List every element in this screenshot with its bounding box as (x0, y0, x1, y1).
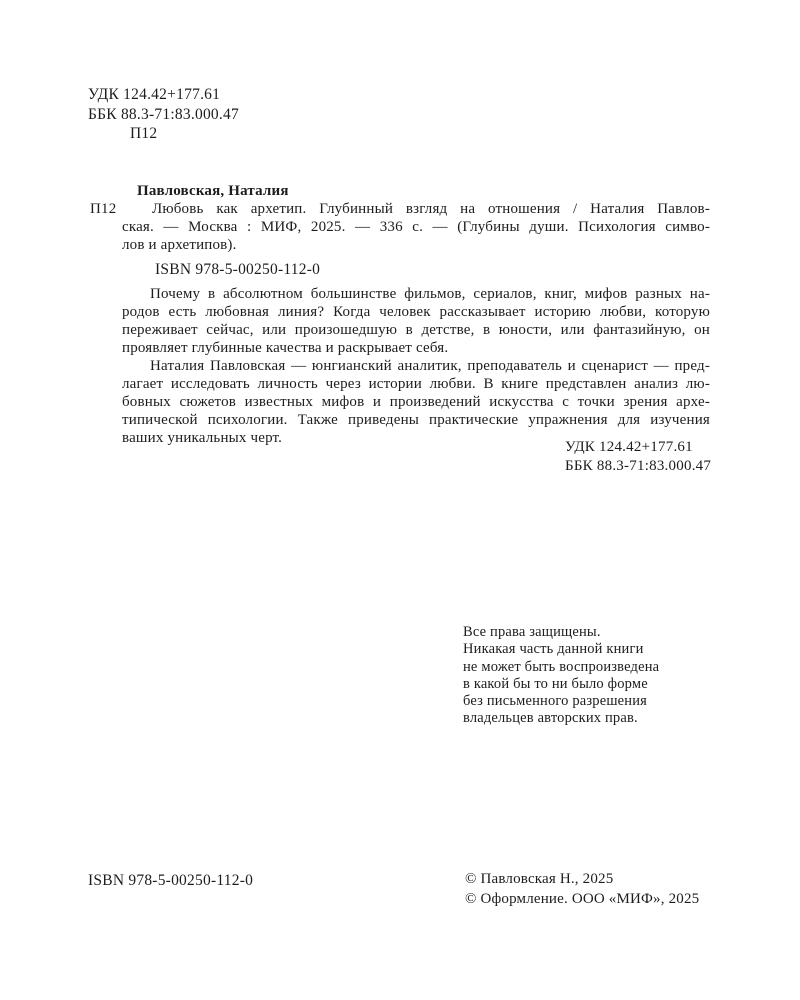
rights-line: Никакая часть данной книги (463, 641, 659, 658)
bbk-code: ББК 88.3-71:83.000.47 (88, 105, 239, 125)
annotation-line: родов есть любовная линия? Когда человек… (122, 303, 710, 321)
rights-line: не может быть воспроизведена (463, 659, 659, 676)
rights-line: Все права защищены. (463, 624, 659, 641)
bib-author-heading: Павловская, Наталия (137, 182, 710, 200)
bibliographic-entry: Павловская, Наталия П12Любовь как архети… (122, 182, 710, 254)
annotation-line: переживает сейчас, или произошедшую в де… (122, 321, 710, 339)
bib-entry-line: ская. — Москва : МИФ, 2025. — 336 с. — (… (122, 218, 710, 236)
copyright-design-line: © Оформление. ООО «МИФ», 2025 (465, 890, 699, 910)
author-sign-code: П12 (130, 124, 239, 144)
bib-entry-line: П12Любовь как архетип. Глубинный взгляд … (122, 200, 710, 218)
rights-line: владельцев авторских прав. (463, 710, 659, 727)
annotation-block: Почему в абсолютном большинстве фильмов,… (122, 285, 710, 447)
isbn-line: ISBN 978-5-00250-112-0 (155, 261, 320, 279)
rights-reserved-block: Все права защищены. Никакая часть данной… (463, 624, 659, 728)
footer-copyrights: © Павловская Н., 2025 © Оформление. ООО … (465, 870, 699, 909)
copyright-author-line: © Павловская Н., 2025 (465, 870, 699, 890)
rights-line: в какой бы то ни было форме (463, 676, 659, 693)
annotation-line: проявляет глубинные качества и раскрывае… (122, 339, 710, 357)
rights-line: без письменного разрешения (463, 693, 659, 710)
bib-entry-line: лов и архетипов). (122, 236, 710, 254)
udc-code: УДК 124.42+177.61 (88, 85, 239, 105)
annotation-line: бовных сюжетов известных мифов и произве… (122, 393, 710, 411)
bib-hanging-code: П12 (90, 200, 116, 218)
top-classification-codes: УДК 124.42+177.61 ББК 88.3-71:83.000.47 … (88, 85, 239, 144)
bbk-code-repeat: ББК 88.3-71:83.000.47 (565, 457, 711, 476)
mid-classification-codes: УДК 124.42+177.61 ББК 88.3-71:83.000.47 (565, 438, 711, 476)
footer-isbn: ISBN 978-5-00250-112-0 (88, 872, 253, 890)
annotation-line: типической психологии. Также приведены п… (122, 411, 710, 429)
bib-entry-line-text: Любовь как архетип. Глубинный взгляд на … (152, 201, 710, 217)
annotation-line: лагает исследовать личность через истори… (122, 375, 710, 393)
annotation-line: Почему в абсолютном большинстве фильмов,… (122, 285, 710, 303)
copyright-page: УДК 124.42+177.61 ББК 88.3-71:83.000.47 … (0, 0, 800, 1000)
annotation-line: Наталия Павловская — юнгианский аналитик… (122, 357, 710, 375)
udc-code-repeat: УДК 124.42+177.61 (565, 438, 711, 457)
